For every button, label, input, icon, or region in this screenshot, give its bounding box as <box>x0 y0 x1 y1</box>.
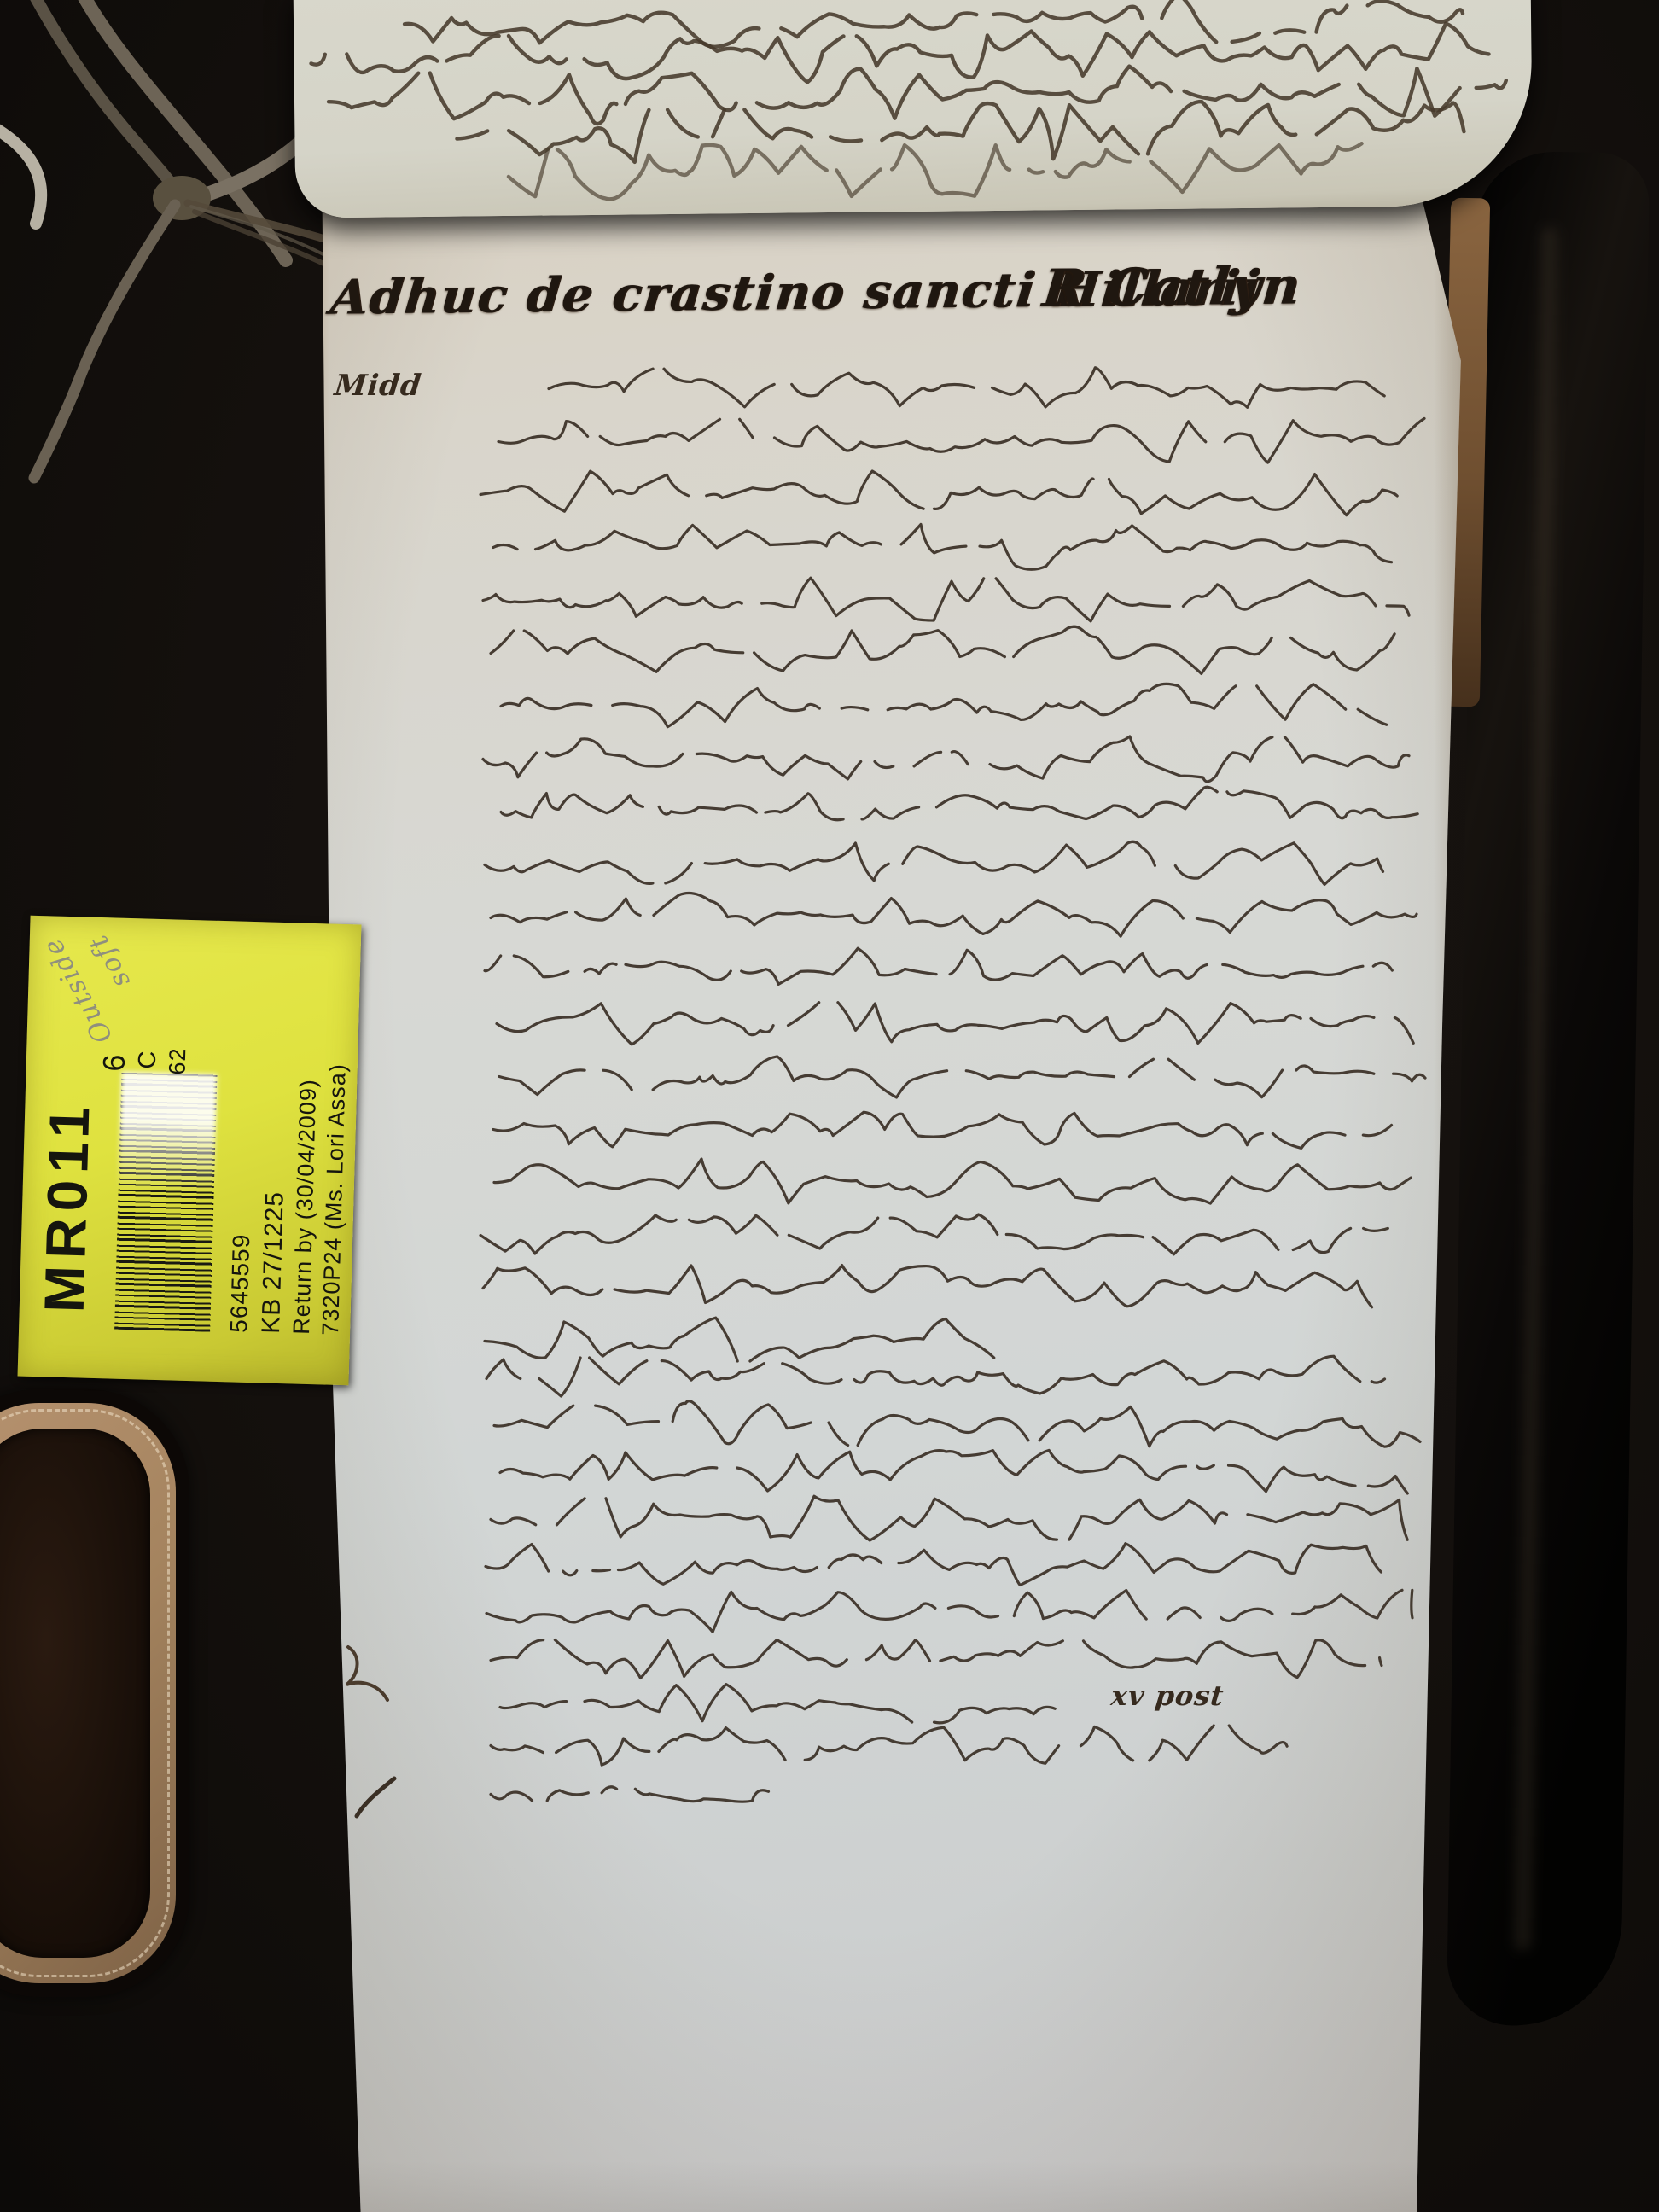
document-reference: KB 27/1225 <box>257 1191 290 1335</box>
archive-label: MR011 5645559 KB 27/1225 Return by (30/0… <box>18 916 362 1386</box>
parchment-page: Adhuc de crastino sancti Hillarij R Catl… <box>307 137 1468 2212</box>
barcode <box>114 1072 217 1332</box>
upper-membrane <box>294 0 1534 218</box>
order-info: 7320P24 (Ms. Lori Assa) <box>317 1063 352 1336</box>
location-row: 6 <box>96 1053 133 1072</box>
barcode-number: 5645559 <box>225 1233 255 1333</box>
repository-code: MR011 <box>32 1099 102 1313</box>
archive-label-content: MR011 5645559 KB 27/1225 Return by (30/0… <box>18 916 362 1386</box>
return-by-date: Return by (30/04/2009) <box>288 1079 322 1335</box>
leather-core <box>0 1429 150 1958</box>
strap-sheen <box>1514 227 1558 1951</box>
location-bay: C <box>134 1050 163 1069</box>
plea-roll-text-block <box>307 137 1468 2212</box>
manuscript-photo: Adhuc de crastino sancti Hillarij R Catl… <box>0 0 1659 2212</box>
location-shelf: 62 <box>164 1047 191 1075</box>
script-line <box>491 1763 769 1825</box>
script-line <box>508 130 1362 213</box>
barcode-glare <box>119 1072 218 1193</box>
leather-weight <box>0 1389 189 1997</box>
upper-membrane-text <box>294 0 1534 218</box>
